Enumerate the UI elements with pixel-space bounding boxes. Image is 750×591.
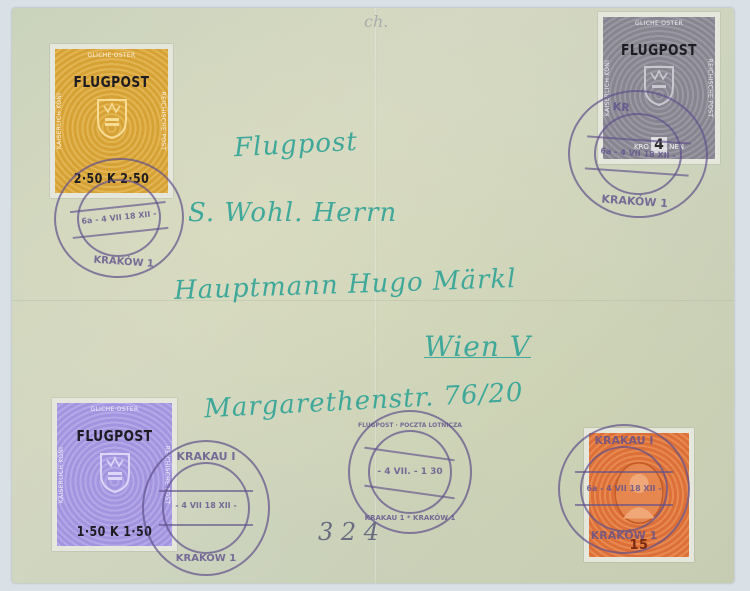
top-pencil-note: ch. — [364, 12, 388, 31]
postmark-bottom-left: KRAKAU I - 4 VII 18 XII - KRAKÓW 1 — [142, 440, 270, 576]
postmark-top-right: KR 6a - 4 VII 18 XII - KRAKÓW 1 — [564, 85, 713, 222]
address-line-salutation: S. Wohl. Herrn — [188, 198, 397, 228]
fold-line-horizontal — [12, 300, 734, 301]
stamp-frame-text-left: KAISERLICH·KÖNI — [56, 93, 63, 149]
postmark-bottom-right: KRAKAU I 6a - 4 VII 18 XII - KRAKÓW 1 — [558, 424, 690, 554]
envelope-front: ch. GLICHE·OSTER KAISERLICH·KÖNI REICHIS… — [12, 8, 734, 583]
stamp-frame-text-top: GLICHE·OSTER — [603, 20, 715, 27]
coat-of-arms-icon — [98, 450, 132, 494]
address-line-city: Wien V — [424, 330, 531, 363]
postmark-flight-post: FLUGPOST · POCZTA LOTNICZA - 4 VII. - 1 … — [348, 410, 472, 534]
stamp-overprint: FLUGPOST — [65, 73, 158, 91]
address-line-street: Margarethenstr. 76/20 — [203, 378, 524, 425]
stamp-frame-text-top: GLICHE·OSTER — [55, 52, 168, 59]
address-line-flugpost: Flugpost — [233, 127, 358, 163]
stamp-frame-text-top: GLICHE·OSTER — [57, 406, 172, 413]
stamp-frame-text-right: REICHISCHE·POST — [160, 92, 167, 151]
stamp-overprint: FLUGPOST — [67, 427, 161, 445]
stamp-frame-text-left: KAISERLICH·KÖNI — [58, 446, 65, 502]
stamp-overprint: FLUGPOST — [613, 41, 705, 59]
coat-of-arms-icon — [95, 96, 129, 140]
pencil-note: 3 2 4 — [318, 518, 379, 546]
